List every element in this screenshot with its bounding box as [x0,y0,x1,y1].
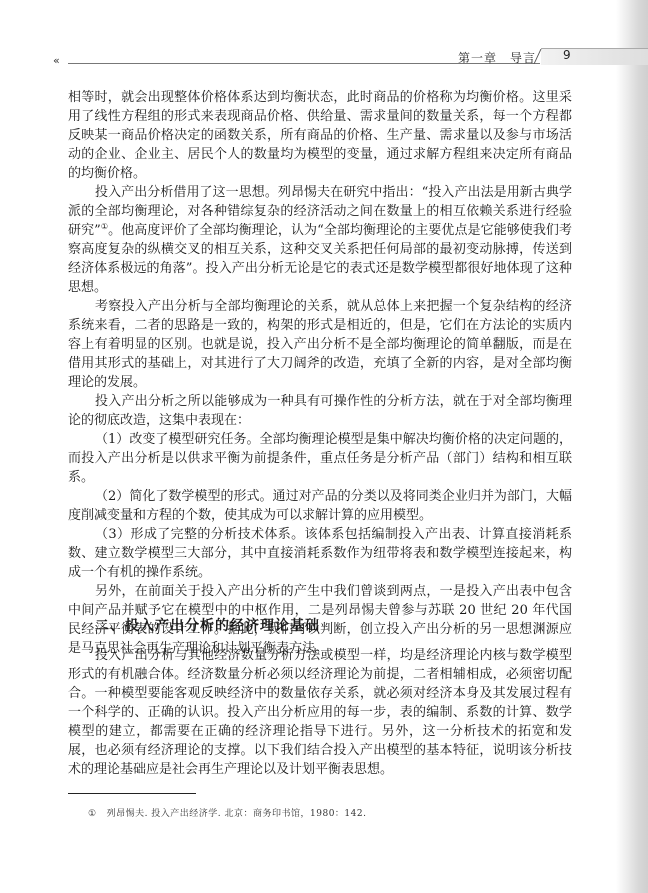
chevron-left-icon: « [53,54,57,67]
footnote-ref[interactable]: ① [101,222,108,231]
list-item: （1）改变了模型研究任务。全部均衡理论模型是集中解决均衡价格的决定问题的，而投入… [68,430,572,487]
list-item: （2）简化了数学模型的形式。通过对产品的分类以及将同类企业归并为部门，大幅度削减… [68,487,572,525]
paragraph: 投入产出分析与其他经济数量分析方法或模型一样，均是经济理论内核与数学模型形式的有… [68,646,572,779]
chapter-title: 第一章 导言 [458,49,536,66]
page-number: 9 [563,48,571,62]
paragraph: 相等时，就会出现整体价格体系达到均衡状态，此时商品的价格称为均衡价格。这里采用了… [68,88,572,183]
paragraph: 考察投入产出分析与全部均衡理论的关系，就从总体上来把握一个复杂结构的经济系统来看… [68,297,572,392]
footnote-rule [68,793,196,794]
paragraph-text: 。他高度评价了全部均衡理论，认为“全部均衡理论的主要优点是它能够使我们考察高度复… [68,223,572,295]
page-edge-shadow [616,0,648,893]
footnote-text: 列昂惕夫. 投入产出经济学. 北京：商务印书馆，1980：142. [107,809,367,819]
section-body: 投入产出分析与其他经济数量分析方法或模型一样，均是经济理论内核与数学模型形式的有… [68,646,572,779]
paragraph: 投入产出分析之所以能够成为一种具有可操作性的分析方法，就在于对全部均衡理论的彻底… [68,392,572,430]
footnote: ①列昂惕夫. 投入产出经济学. 北京：商务印书馆，1980：142. [88,806,366,819]
list-item: （3）形成了完整的分析技术体系。该体系包括编制投入产出表、计算直接消耗系数、建立… [68,525,572,582]
body-text: 相等时，就会出现整体价格体系达到均衡状态，此时商品的价格称为均衡价格。这里采用了… [68,88,572,658]
section-heading: 二、投入产出分析的经济理论基础 [95,615,320,635]
paragraph: 投入产出分析借用了这一思想。列昂惕夫在研究中指出：“投入产出法是用新古典学派的全… [68,183,572,297]
page-number-tab [541,48,648,65]
footnote-mark: ① [88,809,97,819]
